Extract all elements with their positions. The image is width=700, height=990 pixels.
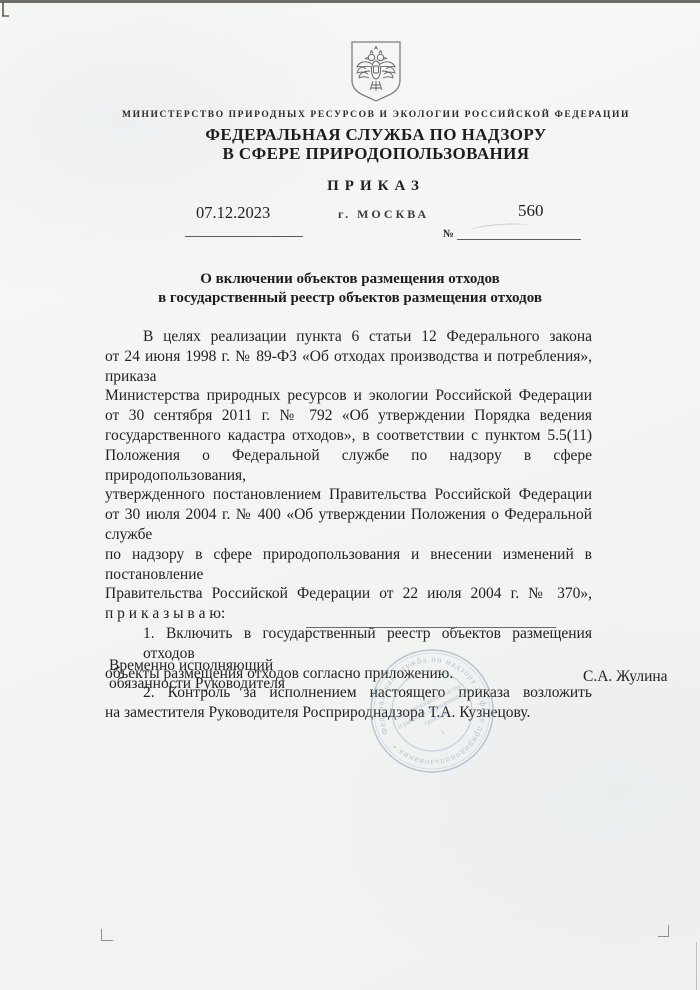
body-line: утвержденного постановлением Правительст… <box>105 485 592 505</box>
scan-edge-corner <box>2 2 4 16</box>
date-underline <box>185 236 303 237</box>
scan-edge-corner <box>2 15 9 17</box>
body-line: Министерства природных ресурсов и эколог… <box>105 386 592 406</box>
order-title-line1: О включении объектов размещения отходов <box>70 270 630 289</box>
double-headed-eagle-emblem-icon <box>349 40 403 102</box>
body-line: от 30 сентября 2011 г. № 792 «Об утвержд… <box>105 406 592 426</box>
order-place: г. МОСКВА <box>338 207 429 222</box>
order-number: 560 <box>518 201 544 221</box>
document-type: ПРИКАЗ <box>50 178 700 195</box>
body-line: В целях реализации пункта 6 статьи 12 Фе… <box>105 327 592 347</box>
body-line: от 24 июня 1998 г. № 89-ФЗ «Об отходах п… <box>105 347 592 387</box>
body-line: Правительства Российской Федерации от 22… <box>105 584 592 604</box>
order-title: О включении объектов размещения отходов … <box>70 270 630 308</box>
agency-name-line2: В СФЕРЕ ПРИРОДОПОЛЬЗОВАНИЯ <box>50 144 700 163</box>
corner-mark-bottom-left <box>101 929 113 941</box>
signer-position-line1: Временно исполняющий <box>109 657 329 675</box>
agency-name: ФЕДЕРАЛЬНАЯ СЛУЖБА ПО НАДЗОРУ В СФЕРЕ ПР… <box>50 125 700 163</box>
body-line: по надзору в сфере природопользования и … <box>105 545 592 585</box>
order-date: 07.12.2023 <box>196 203 270 223</box>
body-line: от 30 июля 2004 г. № 400 «Об утверждении… <box>105 505 592 545</box>
signer-position-line2: обязанности Руководителя <box>109 675 329 693</box>
body-line: государственного кадастра отходов», в со… <box>105 426 592 446</box>
scan-edge-right <box>696 942 697 990</box>
scanned-order-page: МИНИСТЕРСТВО ПРИРОДНЫХ РЕСУРСОВ И ЭКОЛОГ… <box>0 0 700 990</box>
corner-mark-bottom-right <box>658 925 669 937</box>
number-sign: № <box>443 228 454 240</box>
agency-name-line1: ФЕДЕРАЛЬНАЯ СЛУЖБА ПО НАДЗОРУ <box>50 125 700 144</box>
body-line-prikazyvayu: п р и к а з ы в а ю: <box>105 604 592 624</box>
ministry-name: МИНИСТЕРСТВО ПРИРОДНЫХ РЕСУРСОВ И ЭКОЛОГ… <box>50 110 700 120</box>
number-underline <box>457 239 581 240</box>
scan-edge-top <box>0 0 700 3</box>
stamp-inner-mark: 1 <box>440 728 447 737</box>
round-office-stamp-icon: Федеральная служба по надзору в сфере пр… <box>349 628 515 794</box>
body-line: Положения о Федеральной службе по надзор… <box>105 446 592 486</box>
signer-name: С.А. Жулина <box>583 668 668 686</box>
order-title-line2: в государственный реестр объектов размещ… <box>70 289 630 308</box>
letterhead: МИНИСТЕРСТВО ПРИРОДНЫХ РЕСУРСОВ И ЭКОЛОГ… <box>50 40 700 163</box>
signer-position: Временно исполняющий обязанности Руковод… <box>109 657 329 692</box>
pencil-mark <box>470 222 530 235</box>
